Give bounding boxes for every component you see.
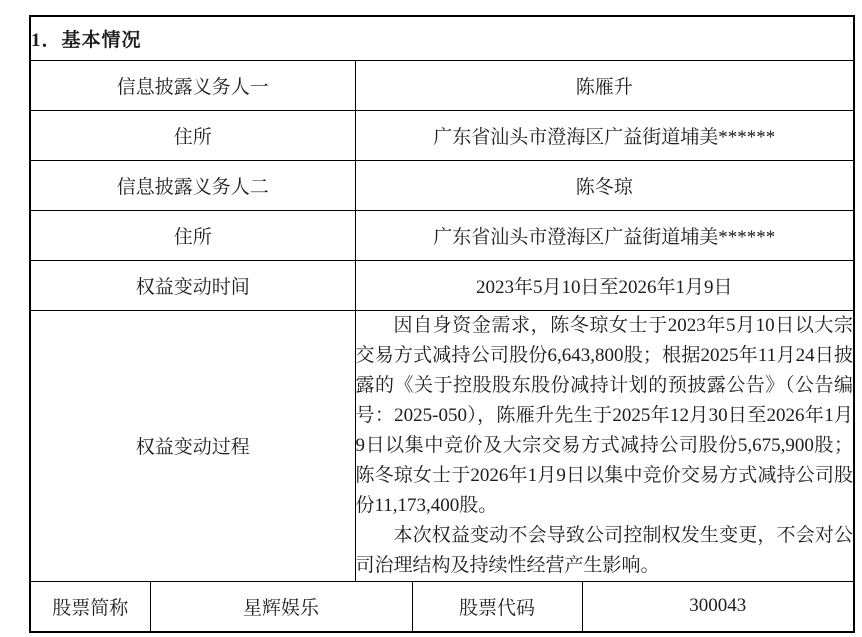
stock-name-value: 星辉娱乐 — [150, 581, 412, 632]
discloser-one-label: 信息披露义务人一 — [30, 60, 355, 110]
table-row-change-process: 权益变动过程 因自身资金需求，陈冬琼女士于2023年5月10日以大宗交易方式减持… — [30, 310, 854, 581]
table-row-address-one: 住所 广东省汕头市澄海区广益街道埔美****** — [30, 110, 854, 160]
basic-info-table: 1．基本情况 信息披露义务人一 陈雁升 住所 广东省汕头市澄海区广益街道埔美**… — [29, 15, 855, 633]
table-row-discloser-two: 信息披露义务人二 陈冬琼 — [30, 160, 854, 210]
change-process-label: 权益变动过程 — [30, 310, 355, 581]
change-process-paragraph-2: 本次权益变动不会导致公司控制权发生变更，不会对公司治理结构及持续性经营产生影响。 — [356, 521, 854, 581]
address-two-label: 住所 — [30, 210, 355, 260]
document-page: 1．基本情况 信息披露义务人一 陈雁升 住所 广东省汕头市澄海区广益街道埔美**… — [0, 0, 862, 637]
table-row-discloser-one: 信息披露义务人一 陈雁升 — [30, 60, 854, 110]
section-title-row: 1．基本情况 — [30, 16, 854, 60]
discloser-two-value: 陈冬琼 — [355, 160, 854, 210]
change-period-label: 权益变动时间 — [30, 260, 355, 310]
table-row-address-two: 住所 广东省汕头市澄海区广益街道埔美****** — [30, 210, 854, 260]
stock-name-label: 股票简称 — [30, 581, 150, 632]
change-process-paragraph-1: 因自身资金需求，陈冬琼女士于2023年5月10日以大宗交易方式减持公司股份6,6… — [356, 311, 854, 521]
address-two-value: 广东省汕头市澄海区广益街道埔美****** — [355, 210, 854, 260]
address-one-label: 住所 — [30, 110, 355, 160]
change-process-value: 因自身资金需求，陈冬琼女士于2023年5月10日以大宗交易方式减持公司股份6,6… — [355, 310, 854, 581]
change-period-value: 2023年5月10日至2026年1月9日 — [355, 260, 854, 310]
table-row-change-period: 权益变动时间 2023年5月10日至2026年1月9日 — [30, 260, 854, 310]
stock-code-label: 股票代码 — [412, 581, 582, 632]
address-one-value: 广东省汕头市澄海区广益街道埔美****** — [355, 110, 854, 160]
table-row-stock: 股票简称 星辉娱乐 股票代码 300043 — [30, 581, 854, 632]
discloser-one-value: 陈雁升 — [355, 60, 854, 110]
discloser-two-label: 信息披露义务人二 — [30, 160, 355, 210]
stock-code-value: 300043 — [582, 581, 854, 632]
section-title: 1．基本情况 — [30, 16, 854, 60]
